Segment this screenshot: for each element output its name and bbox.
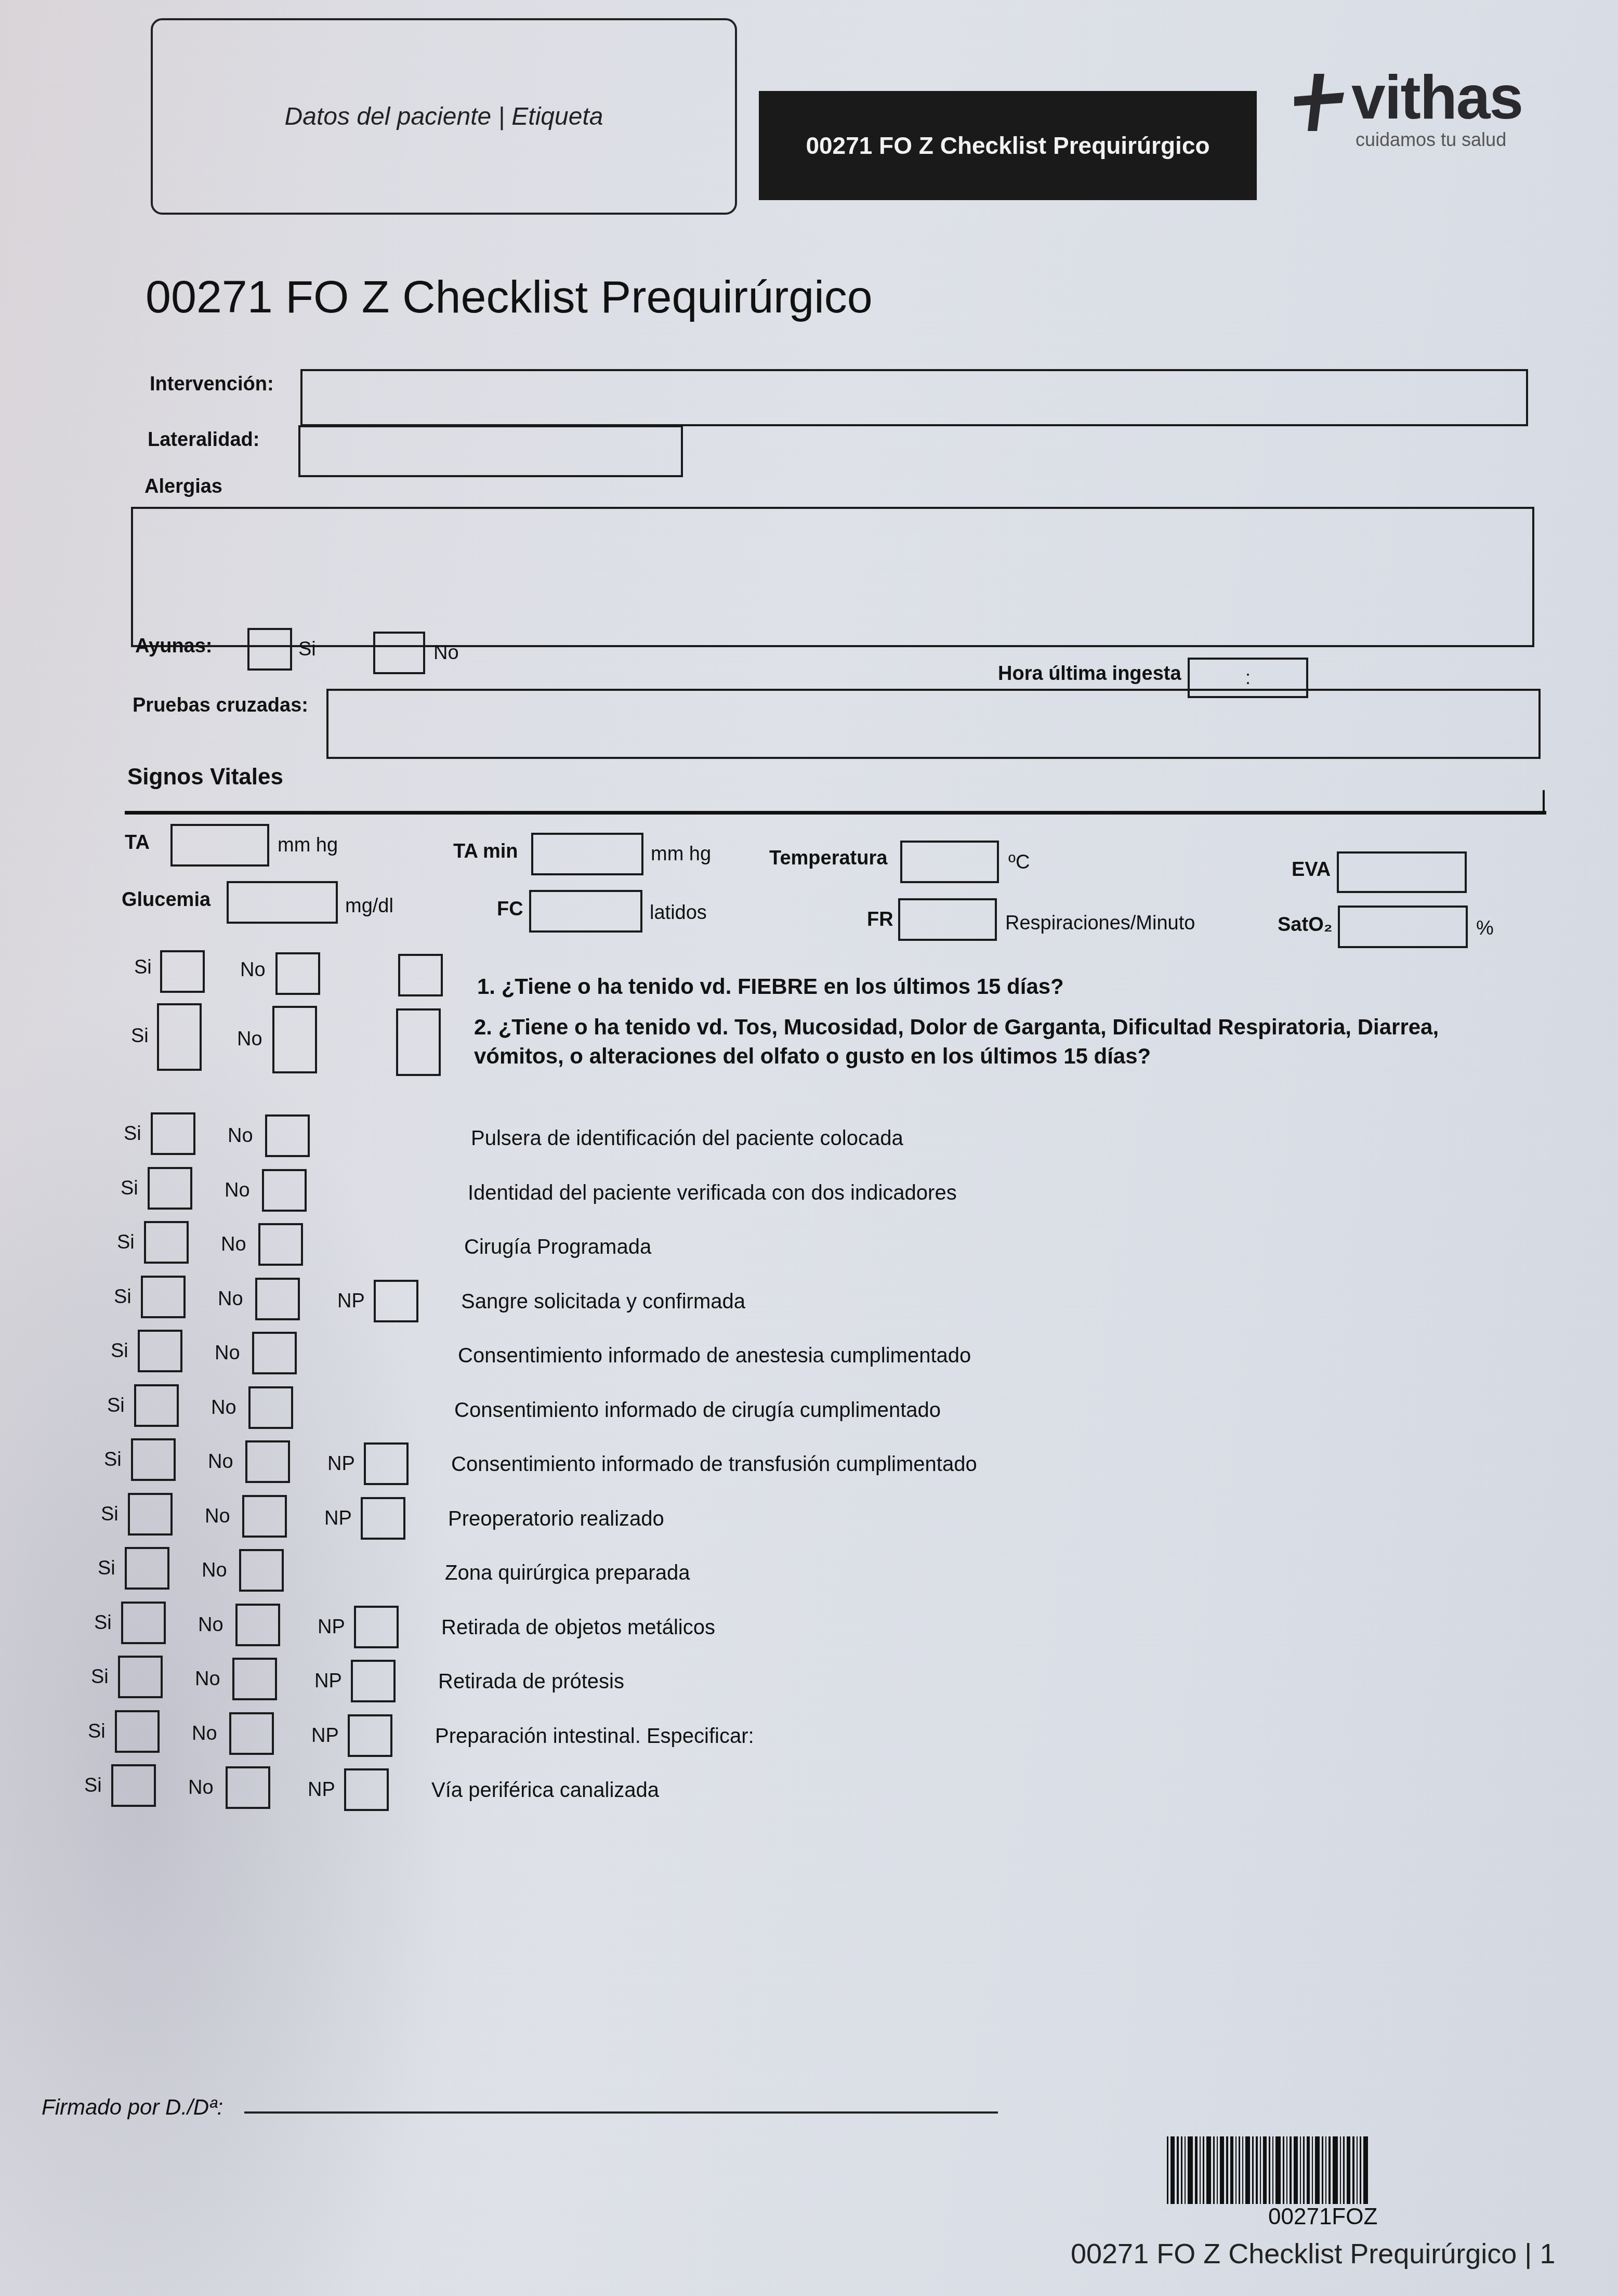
checklist-item-text: Sangre solicitada y confirmada — [461, 1290, 745, 1314]
checklist-si-label: Si — [124, 1123, 141, 1145]
checklist-no-label: No — [228, 1125, 253, 1147]
checklist-no-checkbox[interactable] — [255, 1278, 300, 1320]
signature-line[interactable] — [244, 2111, 998, 2114]
q1-text: 1. ¿Tiene o ha tenido vd. FIEBRE en los … — [477, 972, 1517, 1001]
section-divider — [125, 811, 1546, 815]
temperatura-field[interactable] — [900, 841, 999, 883]
checklist-no-label: No — [211, 1397, 236, 1419]
barcode-text: 00271FOZ — [1268, 2204, 1377, 2230]
checklist-si-label: Si — [107, 1395, 125, 1417]
checklist-item-text: Consentimiento informado de cirugía cump… — [454, 1399, 941, 1422]
checklist-no-label: No — [218, 1288, 243, 1310]
checklist-item-text: Retirada de objetos metálicos — [441, 1616, 715, 1639]
patient-label-text: Datos del paciente | Etiqueta — [285, 102, 603, 131]
eva-label: EVA — [1292, 859, 1331, 881]
checklist-no-label: No — [215, 1342, 240, 1365]
checklist-no-label: No — [221, 1234, 246, 1256]
ta-min-label: TA min — [453, 841, 518, 863]
checklist-si-label: Si — [98, 1557, 115, 1580]
checklist-np-checkbox[interactable] — [351, 1660, 396, 1702]
vitals-section-title: Signos Vitales — [127, 764, 283, 790]
q1-extra-checkbox[interactable] — [398, 954, 443, 996]
q1-si-checkbox[interactable] — [160, 950, 205, 993]
checklist-si-checkbox[interactable] — [148, 1167, 192, 1210]
form-title-band: 00271 FO Z Checklist Prequirúrgico — [759, 91, 1257, 200]
checklist-no-label: No — [208, 1451, 233, 1473]
vithas-logo: vithas cuidamos tu salud — [1294, 62, 1523, 151]
checklist-np-checkbox[interactable] — [361, 1497, 405, 1540]
checklist-no-checkbox[interactable] — [229, 1712, 274, 1755]
checklist-no-label: No — [202, 1559, 227, 1582]
glucemia-unit: mg/dl — [345, 895, 393, 917]
checklist-no-label: No — [225, 1179, 250, 1202]
checklist-no-label: No — [195, 1668, 220, 1690]
checklist-si-label: Si — [117, 1231, 135, 1254]
checklist-si-checkbox[interactable] — [151, 1112, 195, 1155]
checklist-no-checkbox[interactable] — [226, 1766, 270, 1809]
temperatura-label: Temperatura — [769, 847, 887, 870]
fc-field[interactable] — [529, 890, 642, 933]
checklist-np-label: NP — [324, 1507, 352, 1530]
checklist-si-label: Si — [121, 1177, 138, 1200]
fr-field[interactable] — [898, 898, 997, 941]
section-divider-edge — [1543, 790, 1545, 814]
alergias-field[interactable] — [131, 507, 1534, 647]
checklist-item-text: Retirada de prótesis — [438, 1670, 624, 1694]
checklist-no-checkbox[interactable] — [265, 1114, 310, 1157]
checklist-si-checkbox[interactable] — [111, 1764, 156, 1807]
checklist-si-checkbox[interactable] — [121, 1602, 166, 1644]
alergias-label: Alergias — [144, 476, 222, 498]
ta-min-field[interactable] — [531, 833, 643, 875]
logo-brand: vithas — [1351, 62, 1522, 133]
signature-label: Firmado por D./Dª: — [42, 2095, 223, 2120]
fr-unit: Respiraciones/Minuto — [1005, 912, 1195, 935]
ta-unit: mm hg — [278, 834, 338, 857]
q1-si-label: Si — [134, 956, 152, 979]
checklist-item-text: Zona quirúrgica preparada — [445, 1562, 690, 1585]
lateralidad-field[interactable] — [298, 425, 683, 477]
checklist-item-text: Preparación intestinal. Especificar: — [435, 1725, 754, 1748]
checklist-np-label: NP — [308, 1779, 335, 1801]
q1-no-label: No — [240, 959, 266, 981]
q2-si-label: Si — [131, 1025, 149, 1047]
ayunas-label: Ayunas: — [135, 635, 213, 658]
footer-page-label: 00271 FO Z Checklist Prequirúrgico | 1 — [1071, 2238, 1555, 2270]
checklist-no-checkbox[interactable] — [258, 1223, 303, 1266]
checklist-np-checkbox[interactable] — [364, 1442, 409, 1485]
checklist-np-label: NP — [327, 1453, 355, 1475]
glucemia-label: Glucemia — [122, 889, 211, 911]
page-title: 00271 FO Z Checklist Prequirúrgico — [146, 270, 873, 323]
checklist-no-checkbox[interactable] — [242, 1495, 287, 1538]
q1-no-checkbox[interactable] — [275, 952, 320, 995]
barcode — [1167, 2136, 1544, 2204]
checklist-no-checkbox[interactable] — [245, 1440, 290, 1483]
checklist-si-checkbox[interactable] — [115, 1710, 160, 1753]
checklist-no-checkbox[interactable] — [252, 1332, 297, 1374]
sato2-label: SatO₂ — [1278, 914, 1333, 936]
checklist-no-checkbox[interactable] — [262, 1169, 307, 1212]
checklist-no-checkbox[interactable] — [239, 1549, 284, 1592]
ayunas-si-label: Si — [298, 638, 316, 661]
fc-unit: latidos — [650, 902, 707, 924]
checklist-si-label: Si — [101, 1503, 119, 1526]
fc-label: FC — [497, 898, 523, 921]
checklist-item-text: Pulsera de identificación del paciente c… — [471, 1127, 903, 1150]
temperatura-unit: ºC — [1008, 851, 1030, 874]
intervencion-field[interactable] — [300, 369, 1528, 426]
checklist-item-text: Consentimiento informado de anestesia cu… — [458, 1344, 971, 1368]
checklist-si-label: Si — [104, 1449, 122, 1471]
ta-min-unit: mm hg — [651, 843, 711, 865]
vithas-cross-icon — [1294, 74, 1346, 131]
checklist-no-label: No — [198, 1614, 223, 1636]
ta-label: TA — [125, 832, 150, 854]
ayunas-si-checkbox[interactable] — [247, 628, 292, 671]
ta-field[interactable] — [170, 824, 269, 867]
checklist-no-checkbox[interactable] — [248, 1386, 293, 1429]
pruebas-cruzadas-field[interactable] — [326, 689, 1541, 759]
sato2-unit: % — [1476, 917, 1494, 940]
ayunas-no-checkbox[interactable] — [373, 632, 425, 674]
checklist-si-checkbox[interactable] — [118, 1656, 163, 1698]
q2-no-checkbox[interactable] — [272, 1006, 317, 1073]
q2-si-checkbox[interactable] — [157, 1003, 202, 1071]
checklist-np-label: NP — [337, 1290, 365, 1313]
checklist-si-checkbox[interactable] — [144, 1221, 189, 1264]
checklist-si-checkbox[interactable] — [134, 1384, 179, 1427]
checklist-si-checkbox[interactable] — [128, 1493, 173, 1536]
ayunas-no-label: No — [433, 642, 459, 664]
q2-extra-checkbox[interactable] — [396, 1008, 441, 1076]
eva-field[interactable] — [1337, 851, 1467, 893]
checklist-np-checkbox[interactable] — [374, 1280, 418, 1322]
checklist-np-label: NP — [318, 1616, 345, 1638]
checklist-no-checkbox[interactable] — [232, 1658, 277, 1700]
checklist-np-label: NP — [314, 1670, 342, 1693]
checklist-si-label: Si — [111, 1340, 128, 1362]
checklist-np-label: NP — [311, 1725, 339, 1747]
checklist-item-text: Cirugía Programada — [464, 1236, 651, 1259]
intervencion-label: Intervención: — [150, 373, 274, 396]
checklist-item-text: Preoperatorio realizado — [448, 1507, 664, 1531]
checklist-si-label: Si — [88, 1721, 106, 1743]
checklist-si-label: Si — [84, 1775, 102, 1797]
pruebas-cruzadas-label: Pruebas cruzadas: — [133, 694, 308, 717]
checklist-si-checkbox[interactable] — [141, 1276, 186, 1318]
checklist-no-checkbox[interactable] — [235, 1604, 280, 1646]
checklist-si-label: Si — [91, 1666, 109, 1688]
checklist-np-checkbox[interactable] — [348, 1714, 392, 1757]
checklist-item-text: Consentimiento informado de transfusión … — [451, 1453, 977, 1476]
checklist-np-checkbox[interactable] — [344, 1768, 389, 1811]
checklist-si-checkbox[interactable] — [125, 1547, 169, 1590]
q2-no-label: No — [237, 1028, 262, 1051]
checklist-item-text: Identidad del paciente verificada con do… — [468, 1182, 957, 1205]
checklist-si-checkbox[interactable] — [138, 1330, 182, 1372]
checklist-no-label: No — [188, 1777, 214, 1799]
q2-text: 2. ¿Tiene o ha tenido vd. Tos, Mucosidad… — [474, 1013, 1524, 1071]
checklist-si-label: Si — [114, 1286, 131, 1308]
checklist-si-label: Si — [94, 1612, 112, 1634]
patient-label-box: Datos del paciente | Etiqueta — [151, 18, 737, 215]
lateralidad-label: Lateralidad: — [148, 429, 259, 451]
hora-ultima-ingesta-label: Hora última ingesta — [998, 663, 1181, 685]
fr-label: FR — [867, 909, 893, 931]
logo-tagline: cuidamos tu salud — [1356, 129, 1506, 151]
checklist-np-checkbox[interactable] — [354, 1606, 399, 1648]
checklist-no-label: No — [192, 1723, 217, 1745]
checklist-item-text: Vía periférica canalizada — [431, 1779, 659, 1802]
glucemia-field[interactable] — [227, 881, 338, 924]
checklist-no-label: No — [205, 1505, 230, 1528]
sato2-field[interactable] — [1338, 906, 1468, 948]
checklist-si-checkbox[interactable] — [131, 1438, 176, 1481]
